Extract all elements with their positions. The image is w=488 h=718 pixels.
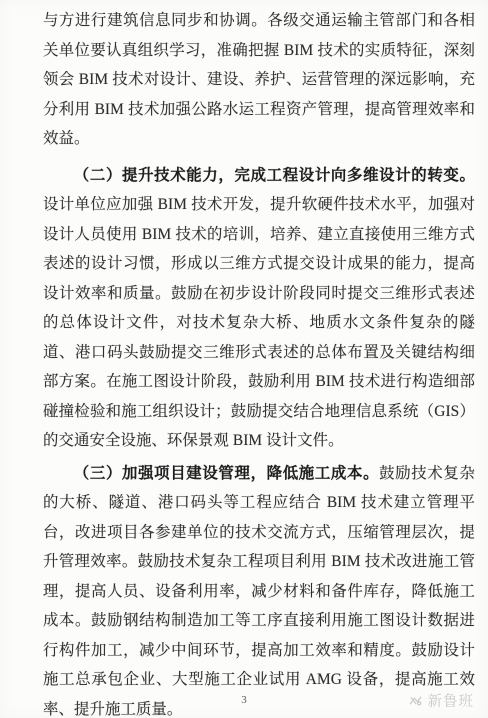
paragraph-text: 鼓励技术复杂的大桥、隧道、港口码头等工程应结合 BIM 技术建立管理平台，改进项… xyxy=(43,465,475,718)
paragraph-section-3: （三）加强项目建设管理，降低施工成本。鼓励技术复杂的大桥、隧道、港口码头等工程应… xyxy=(43,459,475,718)
watermark: 新鲁班 xyxy=(408,690,475,711)
xinluban-logo-icon xyxy=(408,693,423,708)
paragraph-text: 设计单位应加强 BIM 技术开发，提升软硬件技术水平，加强对设计人员使用 BIM… xyxy=(43,196,475,449)
section-heading: （三）加强项目建设管理，降低施工成本。 xyxy=(74,465,379,482)
paragraph-continuation: 与方进行建筑信息同步和协调。各级交通运输主管部门和各相关单位要认真组织学习，准确… xyxy=(43,6,475,154)
section-heading: （二）提升技术能力，完成工程设计向多维设计的转变。 xyxy=(74,167,475,184)
paragraph-text: 与方进行建筑信息同步和协调。各级交通运输主管部门和各相关单位要认真组织学习，准确… xyxy=(43,12,475,147)
paragraph-section-2: （二）提升技术能力，完成工程设计向多维设计的转变。设计单位应加强 BIM 技术开… xyxy=(43,161,475,456)
watermark-text: 新鲁班 xyxy=(428,690,475,711)
document-body: 与方进行建筑信息同步和协调。各级交通运输主管部门和各相关单位要认真组织学习，准确… xyxy=(43,6,475,718)
scanned-document-page: 与方进行建筑信息同步和协调。各级交通运输主管部门和各相关单位要认真组织学习，准确… xyxy=(0,0,488,718)
